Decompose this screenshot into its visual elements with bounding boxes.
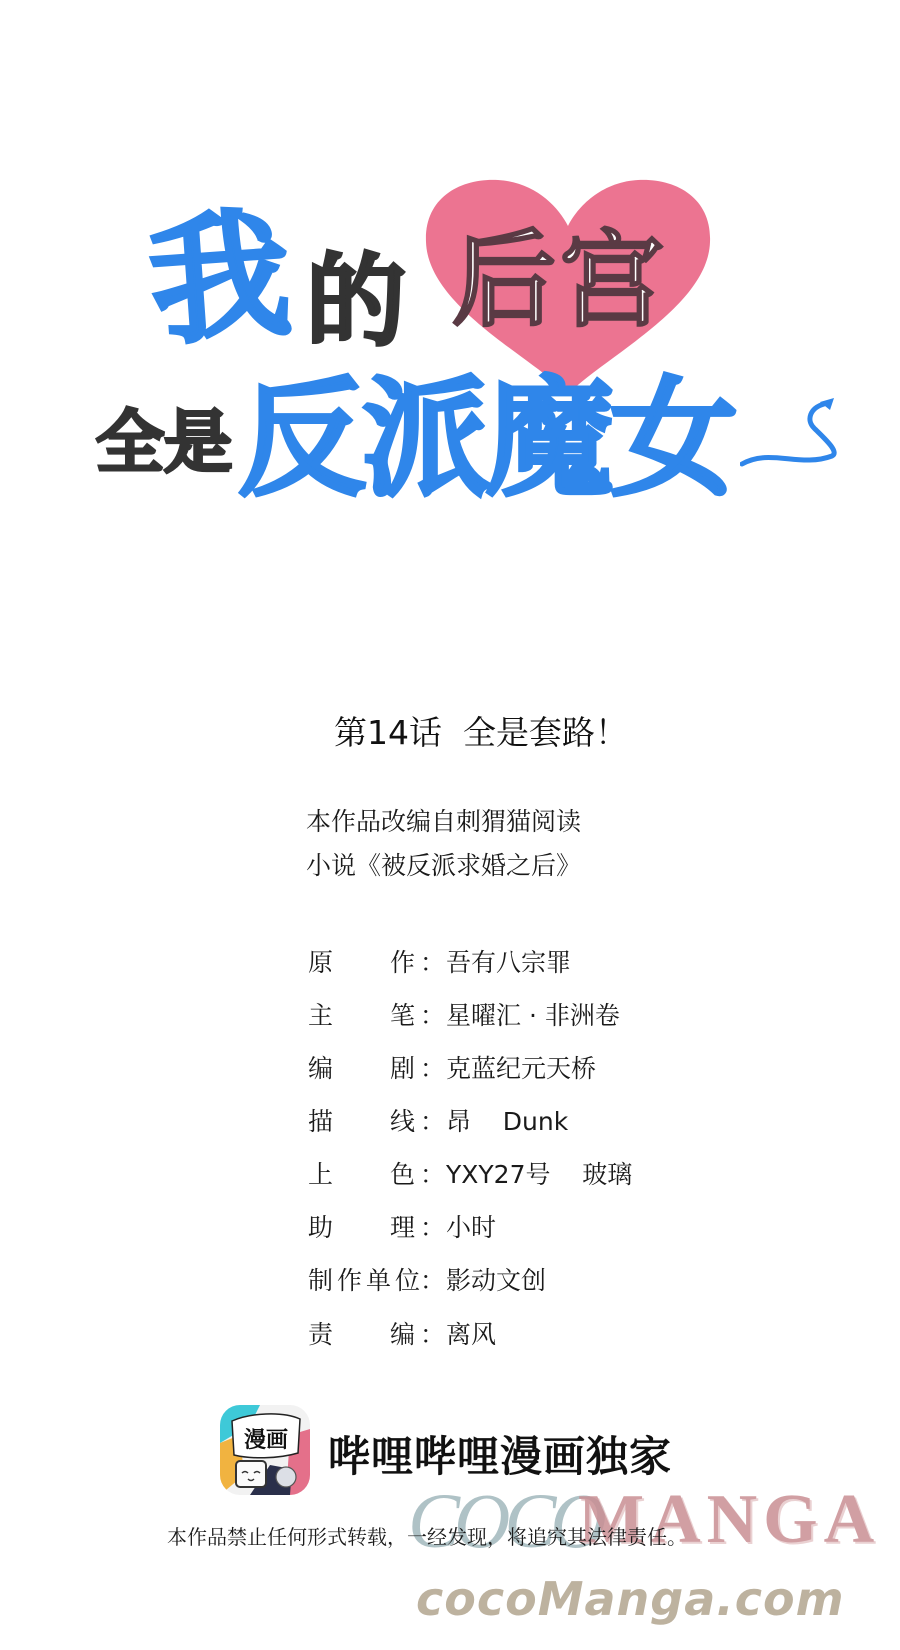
adaptation-line-2: 小说《被反派求婚之后》 xyxy=(306,846,581,882)
chapter-title: 全是套路！ xyxy=(463,713,628,752)
credit-colon: ： xyxy=(420,1315,445,1351)
title-heart-text: 后宫 xyxy=(452,228,668,332)
credit-label: 作 xyxy=(390,943,415,979)
credit-label: 笔 xyxy=(390,996,415,1032)
adaptation-line-1: 本作品改编自刺猬猫阅读 xyxy=(306,802,581,838)
devil-tail-icon xyxy=(740,398,840,478)
credit-label: 责 xyxy=(308,1315,333,1351)
credit-colon: ： xyxy=(420,996,445,1032)
credit-label: 上 xyxy=(308,1155,333,1191)
title-line2-main: 反派魔女 xyxy=(238,376,734,504)
copyright-disclaimer: 本作品禁止任何形式转载，一经发现，将追究其法律责任。 xyxy=(167,1521,687,1550)
bilibili-exclusive-text: 哔哩哔哩漫画独家 xyxy=(328,1424,672,1484)
credit-colon: ： xyxy=(420,943,445,979)
chapter-number: 第14话 xyxy=(334,713,442,752)
credit-colon: ： xyxy=(420,1049,445,1085)
credit-value: 昂 Dunk xyxy=(446,1102,568,1138)
title-char-de: 的 xyxy=(306,252,406,352)
credit-value: 离风 xyxy=(446,1315,496,1351)
credit-value: 影动文创 xyxy=(446,1261,546,1297)
credit-value: 吾有八宗罪 xyxy=(446,943,571,979)
credit-colon: ： xyxy=(420,1155,445,1191)
credit-label: 原 xyxy=(308,943,333,979)
bilibili-comics-app-icon: 漫画 xyxy=(220,1405,310,1495)
watermark-site: cocoManga.com xyxy=(416,1572,845,1626)
credit-label: 编 xyxy=(308,1049,333,1085)
credit-label: 理 xyxy=(390,1208,415,1244)
credit-label: 助 xyxy=(308,1208,333,1244)
credit-label: 描 xyxy=(308,1102,333,1138)
credit-value: 克蓝纪元天桥 xyxy=(446,1049,596,1085)
credit-label: 编 xyxy=(390,1315,415,1351)
credit-colon: ： xyxy=(420,1208,445,1244)
credit-value: YXY27号 玻璃 xyxy=(446,1155,632,1191)
bilibili-comics-logo-icon: 漫画 xyxy=(220,1405,310,1495)
svg-text:漫画: 漫画 xyxy=(244,1427,288,1453)
title-line2-prefix: 全是 xyxy=(96,410,232,478)
credit-label: 制作单位 xyxy=(308,1261,424,1297)
credit-label: 线 xyxy=(390,1102,415,1138)
credit-value: 星曜汇 · 非洲卷 xyxy=(446,996,620,1032)
credit-colon: ： xyxy=(420,1102,445,1138)
credit-colon: ： xyxy=(420,1261,445,1297)
title-char-wo: 我 xyxy=(145,205,294,354)
credit-label: 剧 xyxy=(390,1049,415,1085)
chapter-heading: 第14话 全是套路！ xyxy=(313,668,628,754)
credit-label: 主 xyxy=(308,996,333,1032)
credit-label: 色 xyxy=(390,1155,415,1191)
credit-value: 小时 xyxy=(446,1208,496,1244)
